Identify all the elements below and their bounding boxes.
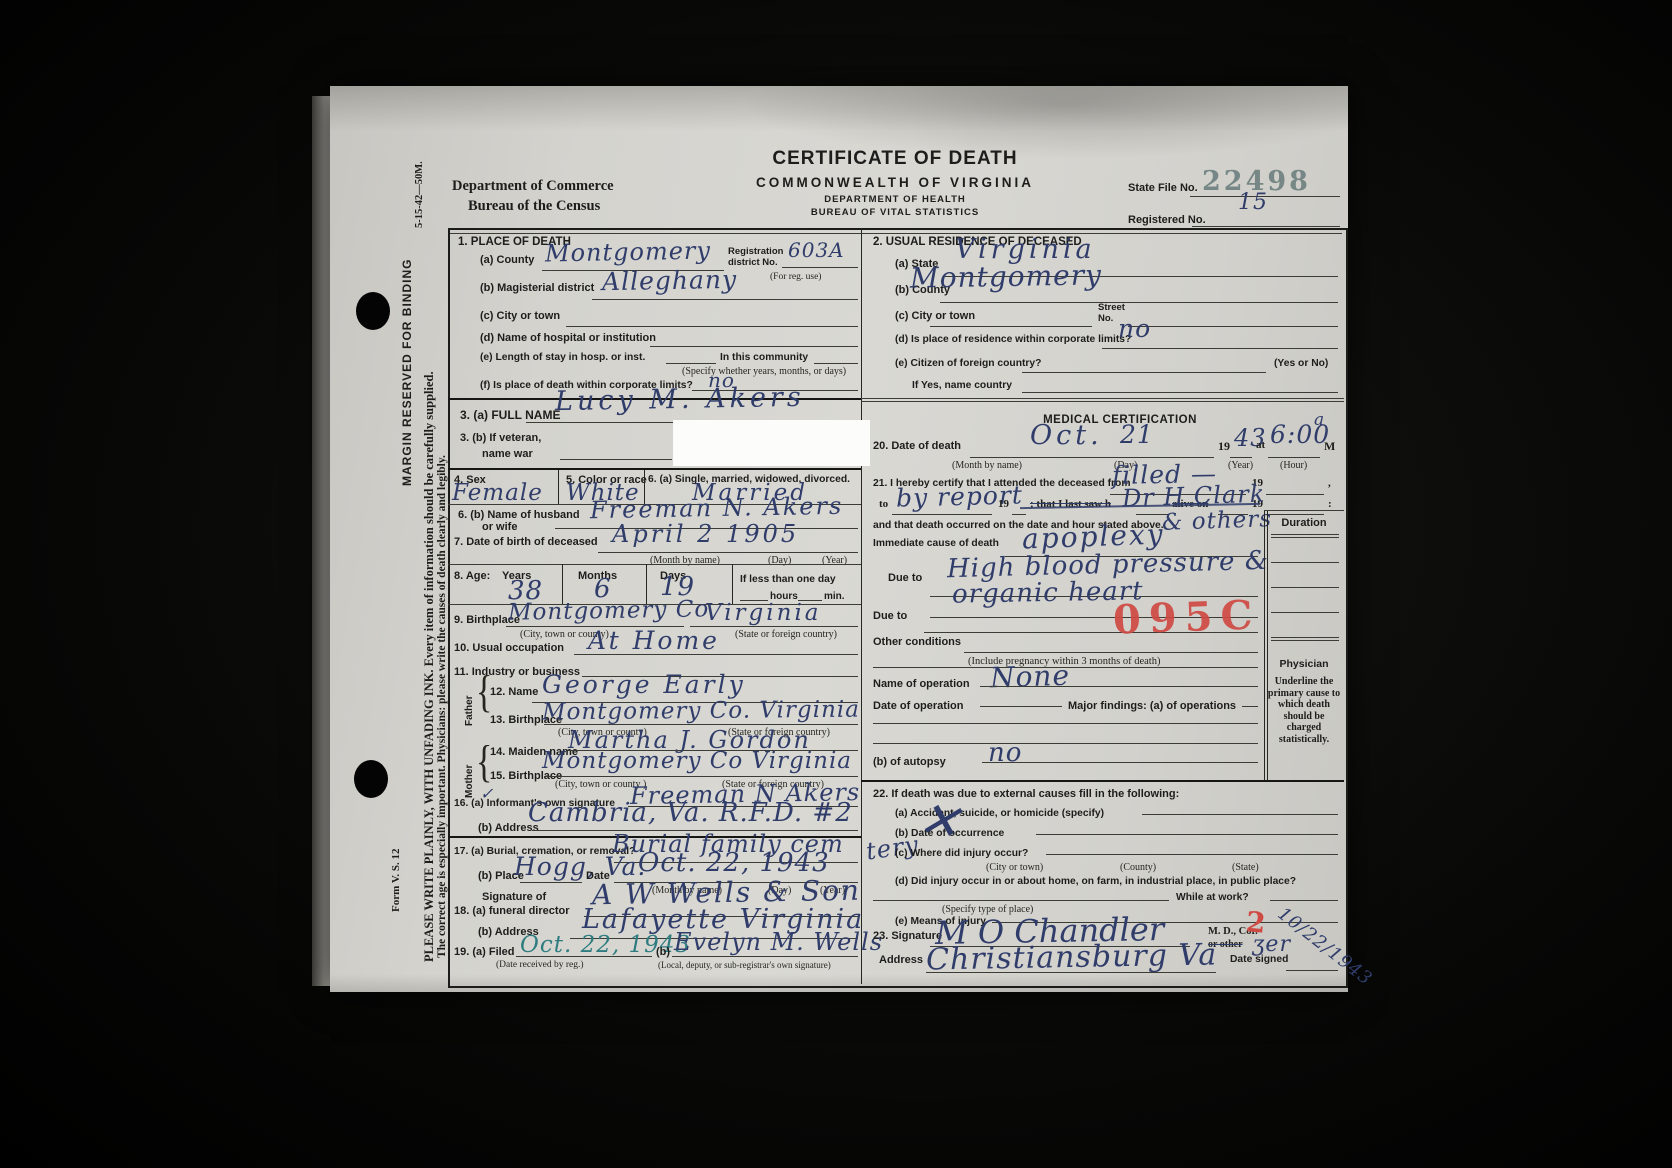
s18-label-1: Signature of	[482, 891, 546, 903]
s1e-mid-label: In this community	[720, 352, 808, 363]
s19a-note: (Date received by reg.)	[496, 960, 584, 970]
physician-note: Underline the primary cause to which dea…	[1266, 676, 1342, 745]
rule	[1268, 457, 1320, 458]
father-birthplace-value: Montgomery Co. Virginia	[542, 697, 860, 726]
s20-label: 20. Date of death	[873, 440, 961, 452]
rule	[873, 743, 1258, 744]
s1b-label: (b) Magisterial district	[480, 282, 594, 294]
rule	[926, 972, 1216, 973]
father-group-label: Father	[464, 695, 475, 726]
rule	[1271, 587, 1339, 588]
rule	[574, 654, 858, 655]
rule	[861, 401, 1344, 402]
s1b-value: Alleghany	[602, 265, 738, 296]
state-file-label: State File No.	[1128, 182, 1198, 194]
rule	[566, 326, 858, 327]
rule	[1266, 494, 1324, 495]
cell-divider	[558, 470, 559, 504]
rule	[980, 686, 1258, 687]
s8-label: 8. Age:	[454, 570, 490, 582]
birthplace-value: Montgomery Co	[508, 596, 710, 626]
margin-note-1: PLEASE WRITE PLAINLY, WITH UNFADING INK.…	[422, 371, 437, 962]
sex-value: Female	[452, 480, 543, 506]
cause-label: Immediate cause of death	[873, 538, 999, 549]
s10-label: 10. Usual occupation	[454, 642, 564, 654]
s3a-label: 3. (a) FULL NAME	[460, 408, 560, 422]
s21-yr2: 19	[998, 498, 1009, 510]
full-name-value: Lucy M. Akers	[555, 382, 805, 417]
s19b-label: (b)	[656, 946, 670, 958]
mother-birthplace-value: Montgomery Co Virginia	[542, 748, 852, 774]
rule	[1271, 534, 1339, 535]
rule	[1286, 970, 1338, 971]
burial-date-value: Oct. 22, 1943	[638, 848, 830, 878]
rule	[980, 706, 1062, 707]
s1c-label: (c) City or town	[480, 310, 560, 322]
column-divider	[861, 228, 862, 984]
duration-col-border	[1264, 510, 1265, 780]
s22-note-county: (County)	[1120, 862, 1156, 873]
street-label-2: No.	[1098, 313, 1113, 324]
s2e-label: (e) Citizen of foreign country?	[895, 358, 1041, 369]
birthplace-state-value: Virginia	[705, 600, 822, 626]
s22-note-city: (City or town)	[986, 862, 1043, 873]
occupation-value: At Home	[588, 626, 720, 655]
rule	[861, 398, 1344, 399]
rule	[964, 652, 1258, 653]
rule	[1022, 372, 1266, 373]
commonwealth-subtitle: COMMONWEALTH OF VIRGINIA	[730, 175, 1060, 190]
dept-of-health: DEPARTMENT OF HEALTH	[730, 194, 1060, 205]
autopsy-value: no	[988, 738, 1022, 768]
rule	[892, 514, 992, 515]
s12-label: 12. Name	[490, 686, 538, 698]
operation-value: None	[989, 659, 1070, 695]
rule	[448, 564, 861, 565]
rule	[1270, 900, 1338, 901]
rule	[544, 776, 858, 777]
s1a-value: Montgomery	[545, 237, 711, 268]
rule	[560, 459, 672, 460]
rule	[1271, 640, 1339, 641]
rule	[1102, 348, 1338, 349]
rule	[544, 724, 858, 725]
rule	[1266, 514, 1324, 515]
s20-m-label: M	[1324, 439, 1335, 454]
s8-less-label: If less than one day	[740, 574, 836, 585]
due1-label: Due to	[888, 572, 922, 584]
mother-group-label: Mother	[464, 765, 475, 798]
death-certificate-photo: { "margin": { "print_code": "5-15-42—50M…	[0, 0, 1672, 1168]
rule	[1022, 392, 1338, 393]
operation-date-label: Date of operation	[873, 700, 963, 712]
s22c-label: (c) Where did injury occur?	[895, 848, 1028, 859]
street-label-1: Street	[1098, 302, 1125, 313]
section-divider	[448, 468, 861, 470]
binding-note: MARGIN RESERVED FOR BINDING	[400, 259, 414, 486]
bureau-vital-stats: BUREAU OF VITAL STATISTICS	[730, 207, 1060, 218]
rule	[520, 882, 582, 883]
reg-district-label-1: Registration	[728, 246, 783, 257]
s20-note-month: (Month by name)	[952, 460, 1022, 471]
if-yes-label: If Yes, name country	[912, 380, 1012, 391]
death-ampm-value: a	[1314, 410, 1325, 430]
s3b-label-1: 3. (b) If veteran,	[460, 432, 541, 444]
form-code: Form V. S. 12	[390, 849, 402, 912]
s6b-label-1: 6. (b) Name of husband	[458, 509, 580, 521]
rule	[516, 956, 652, 957]
rule	[940, 302, 1338, 303]
s21-to-label: to	[879, 498, 888, 510]
code-stamp: 095C	[1112, 591, 1261, 643]
s21-colon: :	[1328, 498, 1332, 510]
rule	[1036, 834, 1338, 835]
rule	[782, 267, 858, 268]
rule	[1046, 854, 1338, 855]
s22-note-state: (State)	[1232, 862, 1259, 873]
physician-overwrite-2: & others	[1162, 506, 1273, 536]
s1e-label: (e) Length of stay in hosp. or inst.	[480, 352, 645, 363]
s1e-note: (Specify whether years, months, or days)	[682, 366, 846, 377]
rule	[930, 326, 1092, 327]
rule	[1230, 457, 1252, 458]
s1a-label: (a) County	[480, 254, 534, 266]
punch-hole-top	[356, 292, 390, 330]
s9-note-2: (State or foreign country)	[735, 629, 837, 640]
redaction-box	[673, 420, 870, 466]
burial-place-value: Hogg, Va.	[514, 852, 646, 881]
rule	[666, 363, 716, 364]
rule	[873, 723, 1258, 724]
operation-label: Name of operation	[873, 678, 970, 690]
punch-hole-bottom	[354, 760, 388, 798]
s2d-label: (d) Is place of residence within corpora…	[895, 334, 1131, 345]
rule	[598, 552, 858, 553]
rule	[873, 900, 1169, 901]
rule	[1128, 326, 1338, 327]
s20-at-label: at	[1256, 439, 1265, 451]
margin-note-2: The correct age is especially important.…	[436, 455, 448, 958]
s22d-label: (d) Did injury occur in or about home, o…	[895, 876, 1296, 887]
due2-label: Due to	[873, 610, 907, 622]
s23-label: 23. Signature	[873, 930, 942, 942]
rule	[814, 363, 858, 364]
rule	[1271, 537, 1339, 538]
rule	[672, 956, 858, 957]
s2e-note: (Yes or No)	[1274, 358, 1328, 369]
major-findings-label: Major findings: (a) of operations	[1068, 700, 1236, 712]
rule	[1271, 612, 1339, 613]
registrar-signature-value: Evelyn M. Wells	[674, 928, 883, 956]
s20-year-prefix: 19	[1218, 439, 1230, 454]
rule	[650, 346, 858, 347]
external-cause-cross-mark: ✕	[914, 789, 965, 852]
s2c-label: (c) City or town	[895, 310, 975, 322]
agency-line-2: Bureau of the Census	[468, 198, 600, 215]
agency-line-1: Department of Commerce	[452, 178, 614, 195]
section-divider	[861, 780, 1344, 782]
s6b-label-2: or wife	[482, 521, 517, 533]
date-signed-label: Date signed	[1230, 954, 1288, 965]
s23-address-label: Address	[879, 954, 923, 966]
death-day-value: 21	[1120, 420, 1154, 449]
s22-heading: 22. If death was due to external causes …	[873, 788, 1179, 800]
rule	[1242, 706, 1258, 707]
s7-label: 7. Date of birth of deceased	[454, 536, 598, 548]
s8-min-label: min.	[824, 591, 845, 602]
reg-district-value: 603A	[788, 238, 845, 262]
rule	[982, 762, 1258, 763]
rule	[1142, 814, 1338, 815]
duration-label: Duration	[1268, 517, 1340, 529]
rule	[1264, 510, 1344, 511]
s3b-label-2: name war	[482, 448, 533, 460]
print-code: 5-15-42—50M.	[414, 161, 425, 228]
birth-date-value: April 2 1905	[612, 520, 799, 548]
s18-label-2: 18. (a) funeral director	[454, 905, 570, 917]
residence-county-value: Montgomery	[910, 258, 1102, 294]
autopsy-label: (b) of autopsy	[873, 756, 946, 768]
s20-note-hour: (Hour)	[1280, 460, 1307, 471]
other-conditions-label: Other conditions	[873, 636, 961, 648]
registered-no-value: 15	[1238, 190, 1268, 215]
s1d-label: (d) Name of hospital or institution	[480, 332, 656, 344]
physician-title: Physician	[1268, 658, 1340, 670]
rule	[1012, 514, 1026, 515]
death-month-value: Oct.	[1030, 420, 1103, 451]
registered-no-label: Registered No.	[1128, 214, 1206, 226]
while-at-work-label: While at work?	[1176, 892, 1249, 903]
residence-corp-limits-value: no	[1118, 314, 1151, 343]
s20-note-year: (Year)	[1228, 460, 1253, 471]
rule	[1271, 562, 1339, 563]
father-name-value: George Early	[542, 670, 746, 699]
cell-divider	[732, 564, 733, 604]
s21-comma: ,	[1328, 477, 1331, 489]
rule	[970, 457, 1214, 458]
rule	[450, 233, 1342, 234]
rule	[592, 299, 858, 300]
reg-note: (For reg. use)	[770, 272, 821, 282]
rule	[1271, 637, 1339, 638]
s19a-label: 19. (a) Filed	[454, 946, 515, 958]
s19b-note: (Local, deputy, or sub-registrar's own s…	[658, 960, 831, 970]
certificate-paper: Form V. S. 12 MARGIN RESERVED FOR BINDIN…	[330, 86, 1348, 992]
certificate-title: CERTIFICATE OF DEATH	[730, 148, 1060, 170]
informant-address-value: Cambria, Va. R.F.D. #2	[528, 798, 853, 828]
rule	[1192, 226, 1340, 227]
